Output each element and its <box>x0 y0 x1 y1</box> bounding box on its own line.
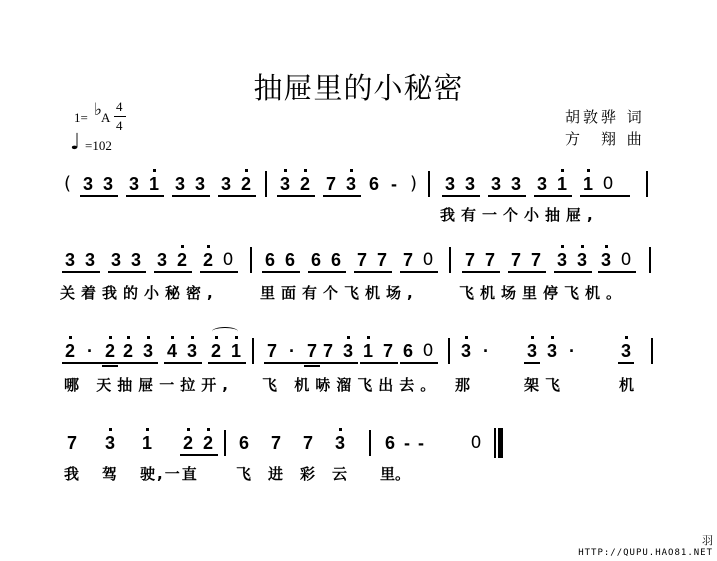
note-group: 6- <box>364 173 404 195</box>
note-group: 32 <box>275 173 315 195</box>
dot-mark: · <box>476 340 496 362</box>
note: 1 <box>137 432 157 454</box>
lyrics-segment: 架飞 <box>524 374 566 395</box>
lyrics-segment: 云 <box>332 463 353 484</box>
lyrics-segment: 飞机场里停飞机。 <box>459 282 627 303</box>
note: 7 <box>372 249 392 271</box>
note-group: 2·2 <box>60 340 120 362</box>
note: 3 <box>572 249 592 271</box>
dash: - <box>400 432 414 454</box>
note-group: 30 <box>596 249 636 271</box>
underline <box>120 362 158 364</box>
time-sig-bottom: 4 <box>116 118 123 134</box>
note-group: 77 <box>460 249 500 271</box>
bar-line <box>651 338 653 364</box>
note: 3 <box>460 173 480 195</box>
note: 3 <box>152 249 172 271</box>
note: 3 <box>275 173 295 195</box>
open-paren: ( <box>64 173 71 194</box>
bar-line <box>369 430 371 456</box>
underline <box>262 271 300 273</box>
lyrics-segment: 驾 <box>102 463 123 484</box>
note: 3 <box>596 249 616 271</box>
note-group: 3 <box>330 432 350 454</box>
note: 1 <box>144 173 164 195</box>
note: 3 <box>486 173 506 195</box>
note-group: 10 <box>578 173 618 195</box>
note: 6 <box>380 432 400 454</box>
note-group: 77 <box>352 249 392 271</box>
note: 2 <box>198 432 218 454</box>
time-sig-line <box>114 116 126 117</box>
underline <box>102 365 118 367</box>
bar-line <box>250 247 252 273</box>
note: 3 <box>456 340 476 362</box>
note-group: 7 <box>298 432 318 454</box>
note-group: 3 <box>616 340 636 362</box>
note: 3 <box>60 249 80 271</box>
note-group: 22 <box>178 432 218 454</box>
note: 7 <box>398 249 418 271</box>
underline <box>320 362 358 364</box>
note: 1 <box>226 340 246 362</box>
underline <box>126 195 164 197</box>
lyricist-credit: 胡敦骅 词 <box>565 106 645 127</box>
underline <box>164 362 202 364</box>
lyrics-segment: 机 <box>619 374 640 395</box>
song-title: 抽屉里的小秘密 <box>0 66 717 107</box>
note: 3 <box>124 173 144 195</box>
note: 7 <box>378 340 398 362</box>
note-group: 33 <box>170 173 210 195</box>
dot-mark: · <box>80 340 100 362</box>
note: 2 <box>198 249 218 271</box>
bar-line <box>448 338 450 364</box>
note-group: 33· <box>522 340 582 362</box>
underline <box>442 195 480 197</box>
note: 2 <box>100 340 120 362</box>
watermark-mark: 羽 <box>702 532 713 548</box>
final-bar-thin <box>494 428 496 458</box>
note: 3 <box>330 432 350 454</box>
note: 7 <box>321 173 341 195</box>
note: 3 <box>138 340 158 362</box>
note-group: 3· <box>456 340 496 362</box>
note: 3 <box>80 249 100 271</box>
note: 2 <box>178 432 198 454</box>
underline <box>308 271 346 273</box>
note: 2 <box>236 173 256 195</box>
note-group: 32 <box>152 249 192 271</box>
dot-mark: · <box>282 340 302 362</box>
note: 7 <box>480 249 500 271</box>
note: 3 <box>100 432 120 454</box>
lyrics-segment: 飞 机哧溜飞出去。 <box>262 374 441 395</box>
note: 7 <box>62 432 82 454</box>
note: 3 <box>616 340 636 362</box>
note: 7 <box>526 249 546 271</box>
rest: 0 <box>418 340 438 362</box>
note: 3 <box>542 340 562 362</box>
key-note: A <box>101 110 110 126</box>
rest: 0 <box>418 249 438 271</box>
note-group: 33 <box>60 249 100 271</box>
rest: 0 <box>598 173 618 195</box>
note: 4 <box>162 340 182 362</box>
note-group: 73 <box>318 340 358 362</box>
underline <box>488 195 526 197</box>
note: 3 <box>182 340 202 362</box>
note: 7 <box>298 432 318 454</box>
underline <box>400 362 438 364</box>
lyrics-segment: 关着我的小秘密, <box>60 282 219 303</box>
underline <box>598 271 636 273</box>
note-group: 0 <box>466 432 486 454</box>
note-group: 32 <box>216 173 256 195</box>
quarter-note-icon: ♩ <box>70 133 80 153</box>
bar-line <box>224 430 226 456</box>
note: 3 <box>126 249 146 271</box>
underline <box>80 195 118 197</box>
lyrics-segment: 里。 <box>380 463 410 484</box>
underline <box>618 362 634 364</box>
note-group: 70 <box>398 249 438 271</box>
lyrics-segment: 进 <box>268 463 289 484</box>
underline <box>62 362 120 364</box>
note: 2 <box>118 340 138 362</box>
rest: 0 <box>218 249 238 271</box>
close-paren: ) <box>410 173 417 194</box>
note: 3 <box>78 173 98 195</box>
note: 2 <box>172 249 192 271</box>
note: 7 <box>352 249 372 271</box>
dash: - <box>384 173 404 195</box>
key-prefix: 1= <box>74 110 88 125</box>
rest: 0 <box>466 432 486 454</box>
note-group: 6-- <box>380 432 428 454</box>
note: 3 <box>440 173 460 195</box>
underline <box>304 365 320 367</box>
tempo-value: =102 <box>85 138 112 154</box>
note: 7 <box>506 249 526 271</box>
lyrics-segment: 飞 <box>236 463 257 484</box>
note-group: 20 <box>198 249 238 271</box>
dash: - <box>414 432 428 454</box>
note-group: 33 <box>106 249 146 271</box>
note-group: 7 <box>266 432 286 454</box>
key-signature: 1= <box>74 110 88 126</box>
underline <box>208 362 246 364</box>
underline <box>534 195 572 197</box>
underline <box>218 195 256 197</box>
note-group: 6 <box>234 432 254 454</box>
note: 7 <box>262 340 282 362</box>
note: 6 <box>306 249 326 271</box>
watermark-url: HTTP://QUPU.HAO81.NET <box>578 548 713 558</box>
note: 3 <box>98 173 118 195</box>
time-sig-top: 4 <box>116 99 123 115</box>
lyrics-segment: 那 <box>455 374 476 395</box>
note: 6 <box>260 249 280 271</box>
note: 3 <box>522 340 542 362</box>
note: 3 <box>341 173 361 195</box>
final-bar-thick <box>498 428 503 458</box>
lyrics-segment: 哪 天抽屉一拉开, <box>64 374 234 395</box>
note-group: 73 <box>321 173 361 195</box>
note: 3 <box>216 173 236 195</box>
lyrics-segment: 驶,一直 <box>140 463 199 484</box>
bar-line <box>265 171 267 197</box>
underline <box>154 271 192 273</box>
note: 6 <box>280 249 300 271</box>
note-group: 33 <box>552 249 592 271</box>
underline <box>524 362 540 364</box>
underline <box>400 271 438 273</box>
note: 6 <box>326 249 346 271</box>
underline <box>360 362 398 364</box>
underline <box>323 195 361 197</box>
note-group: 1 <box>137 432 157 454</box>
underline <box>277 195 315 197</box>
note: 3 <box>170 173 190 195</box>
note: 6 <box>364 173 384 195</box>
bar-line <box>428 171 430 197</box>
note-group: 31 <box>532 173 572 195</box>
note-group: 66 <box>260 249 300 271</box>
note-group: 60 <box>398 340 438 362</box>
note: 2 <box>295 173 315 195</box>
bar-line <box>649 247 651 273</box>
underline <box>580 195 630 197</box>
bar-line <box>252 338 254 364</box>
lyrics-segment: 我 <box>64 463 85 484</box>
note: 7 <box>460 249 480 271</box>
rest: 0 <box>616 249 636 271</box>
note: 7 <box>318 340 338 362</box>
underline <box>554 271 592 273</box>
note-group: 7·7 <box>262 340 322 362</box>
tie-arc <box>212 327 238 336</box>
bar-line <box>449 247 451 273</box>
note: 1 <box>358 340 378 362</box>
note: 3 <box>106 249 126 271</box>
underline <box>180 454 218 456</box>
composer-credit: 方 翔 曲 <box>565 128 645 149</box>
lyrics-line: 我有一个小抽屉, <box>440 204 599 225</box>
note: 3 <box>552 249 572 271</box>
bar-line <box>646 171 648 197</box>
note: 6 <box>398 340 418 362</box>
note: 2 <box>60 340 80 362</box>
note-group: 33 <box>440 173 480 195</box>
underline <box>462 271 500 273</box>
note: 6 <box>234 432 254 454</box>
underline <box>200 271 238 273</box>
note-group: 31 <box>124 173 164 195</box>
note-group: 66 <box>306 249 346 271</box>
note: 7 <box>266 432 286 454</box>
note: 3 <box>338 340 358 362</box>
note-group: 17 <box>358 340 398 362</box>
underline <box>508 271 546 273</box>
underline <box>172 195 210 197</box>
note-group: 23 <box>118 340 158 362</box>
note: 3 <box>506 173 526 195</box>
dot-mark: · <box>562 340 582 362</box>
lyrics-segment: 里面有个飞机场, <box>260 282 419 303</box>
lyrics-segment: 彩 <box>300 463 321 484</box>
underline <box>108 271 146 273</box>
note: 1 <box>578 173 598 195</box>
note: 2 <box>206 340 226 362</box>
underline <box>354 271 392 273</box>
underline <box>264 362 322 364</box>
note-group: 43 <box>162 340 202 362</box>
note-group: 33 <box>78 173 118 195</box>
note-group: 77 <box>506 249 546 271</box>
note: 3 <box>190 173 210 195</box>
underline <box>62 271 100 273</box>
note-group: 7 <box>62 432 82 454</box>
note: 3 <box>532 173 552 195</box>
note-group: 3 <box>100 432 120 454</box>
note-group: 21 <box>206 340 246 362</box>
note: 1 <box>552 173 572 195</box>
note-group: 33 <box>486 173 526 195</box>
